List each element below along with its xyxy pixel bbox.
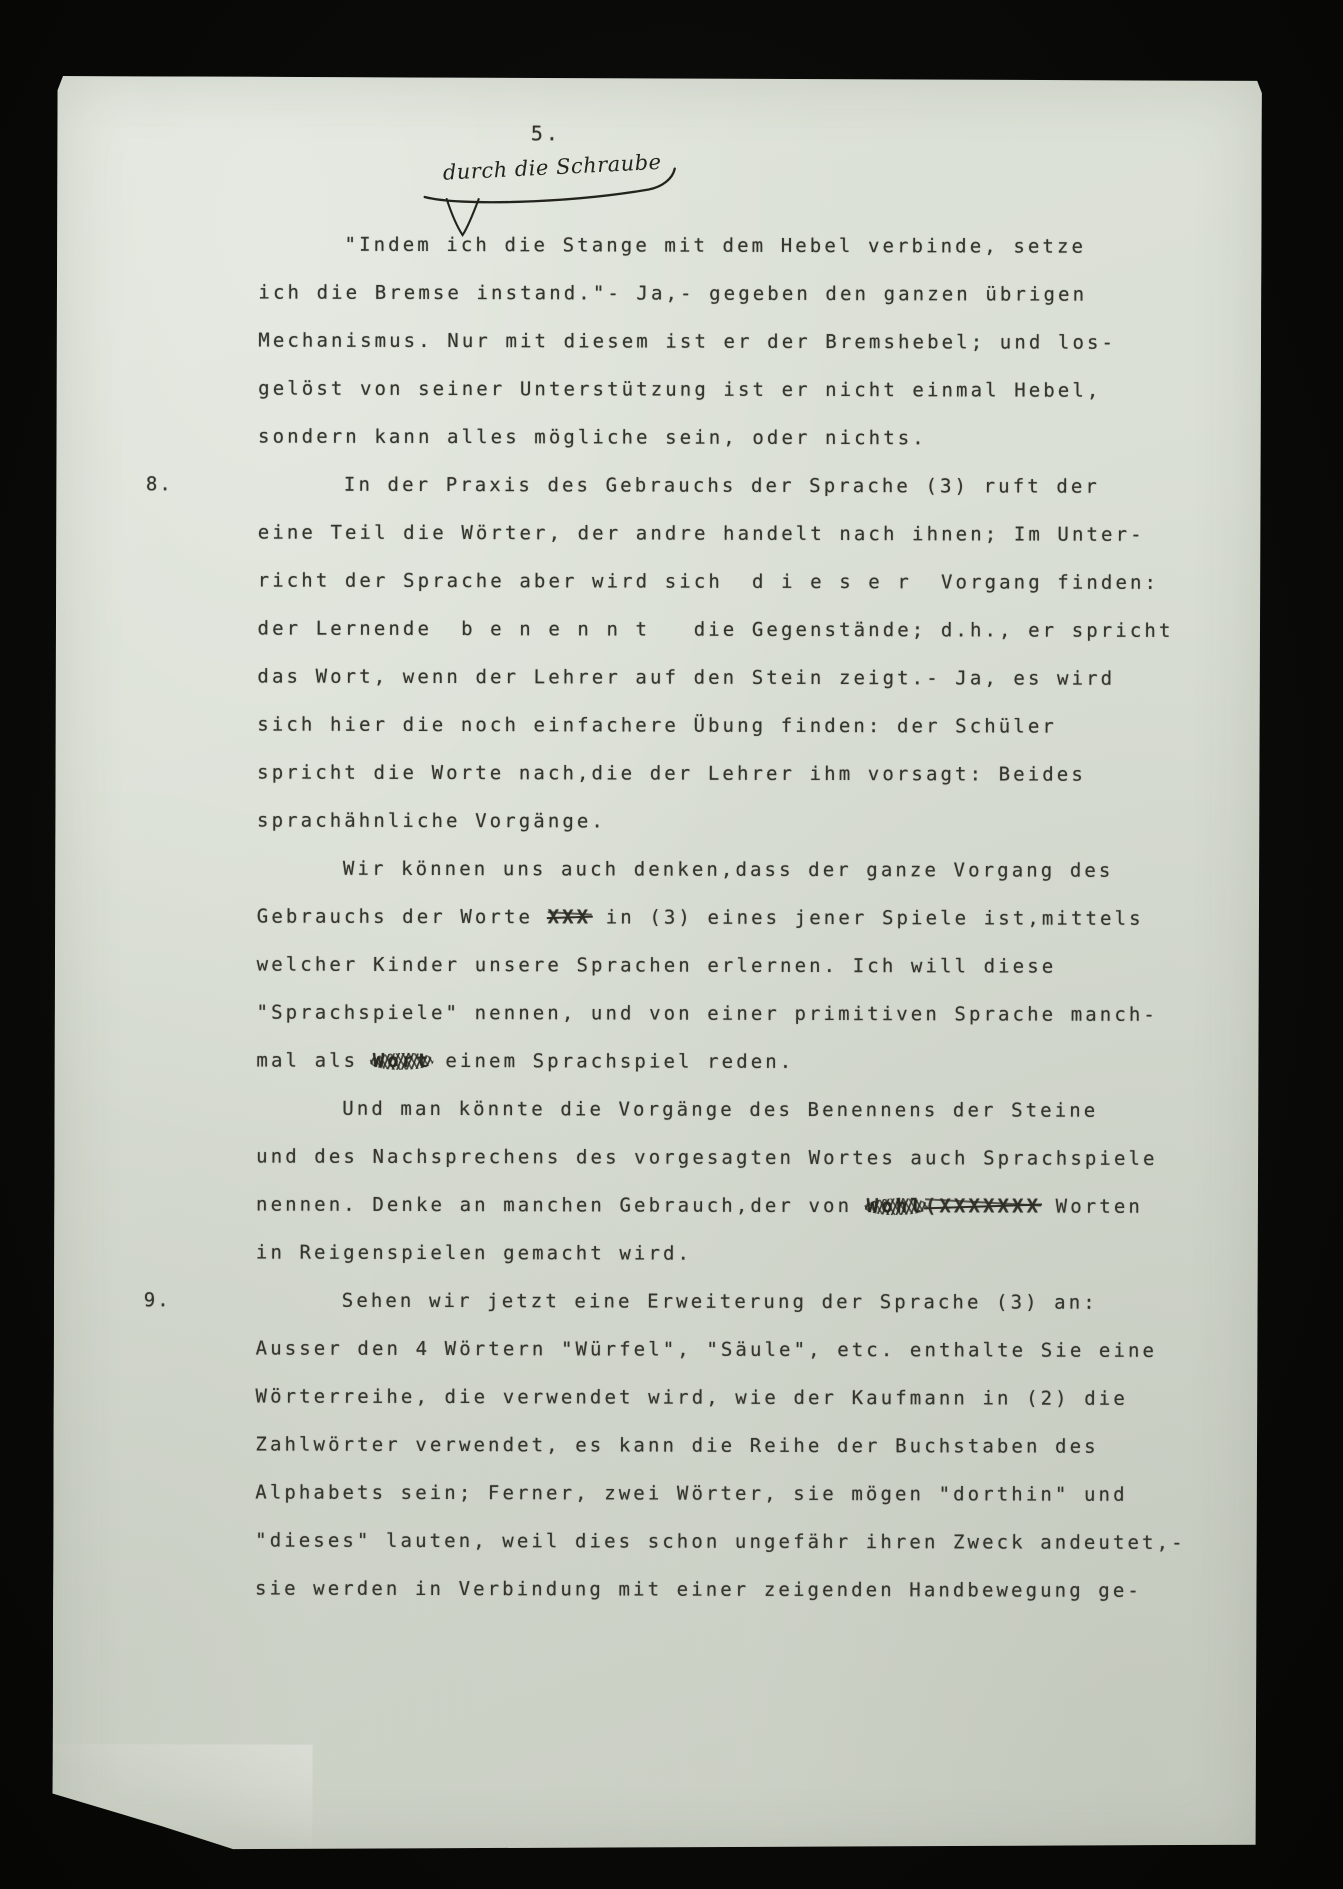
text-line: Alphabets sein; Ferner, zwei Wörter, sie… [255,1471,1255,1522]
paragraph-number: 8. [146,462,173,506]
text-line: Wir können uns auch denken,dass der ganz… [257,847,1257,898]
line-text: spricht die Worte nach,die der Lehrer ih… [257,762,1086,786]
text-line: "dieses" lauten, weil dies schon ungefäh… [255,1519,1255,1570]
line-text: in (3) eines jener Spiele ist,mittels [591,906,1144,929]
text-line: "Indem ich die Stange mit dem Hebel verb… [258,223,1258,274]
line-text: Alphabets sein; Ferner, zwei Wörter, sie… [255,1482,1127,1506]
line-text: Sehen wir jetzt eine Erweiterung der Spr… [342,1290,1098,1314]
line-text: sondern kann alles mögliche sein, oder n… [258,426,927,450]
text-line: sich hier die noch einfachere Übung find… [257,703,1257,754]
line-text: Wir können uns auch denken,dass der ganz… [343,858,1114,882]
text-line: Zahlwörter verwendet, es kann die Reihe … [255,1423,1255,1474]
line-text: nennen. Denke an manchen Gebrauch,der vo… [256,1194,867,1218]
line-text: Und man könnte die Vorgänge des Benennen… [342,1098,1098,1122]
text-line: nennen. Denke an manchen Gebrauch,der vo… [256,1183,1256,1234]
line-text: einem Sprachspiel reden. [431,1050,795,1073]
line-text: welcher Kinder unsere Sprachen erlernen.… [257,954,1057,978]
line-text: Zahlwörter verwendet, es kann die Reihe … [255,1434,1098,1458]
text-line: Ausser den 4 Wörtern "Würfel", "Säule", … [256,1327,1256,1378]
text-line: sie werden in Verbindung mit einer zeige… [255,1567,1255,1618]
crossed-out-text: (XXXXXXX [925,1195,1041,1217]
text-line: 9.Sehen wir jetzt eine Erweiterung der S… [256,1279,1256,1330]
line-text: Worten [1041,1196,1143,1218]
text-line: der Lernende b e n e n n t die Gegenstän… [257,607,1257,658]
line-text: gelöst von seiner Unterstützung ist er n… [258,378,1101,402]
text-line: welcher Kinder unsere Sprachen erlernen.… [257,943,1257,994]
text-line: Wörterreihe, die verwendet wird, wie der… [255,1375,1255,1426]
text-line: Gebrauchs der Worte XXX in (3) eines jen… [257,895,1257,946]
crossed-out-text: Wohl [867,1195,925,1217]
text-line: mal als Wort einem Sprachspiel reden. [256,1039,1256,1090]
text-line: Und man könnte die Vorgänge des Benennen… [256,1087,1256,1138]
line-text: richt der Sprache aber wird sich d i e s… [258,570,1159,594]
handwritten-insertion-text: durch die Schraube [442,150,662,185]
page-number: 5. [531,121,561,145]
text-line: Mechanismus. Nur mit diesem ist er der B… [258,319,1258,370]
line-text: In der Praxis des Gebrauchs der Sprache … [344,474,1100,498]
photo-background: 5. durch die Schraube "Indem ich die Sta… [0,0,1343,1889]
line-text: sprachähnliche Vorgänge. [257,810,606,833]
line-text: Mechanismus. Nur mit diesem ist er der B… [258,330,1116,354]
paragraph-number: 9. [144,1278,171,1322]
text-line: eine Teil die Wörter, der andre handelt … [258,511,1258,562]
text-line: das Wort, wenn der Lehrer auf den Stein … [257,655,1257,706]
line-text: und des Nachsprechens des vorgesagten Wo… [256,1146,1157,1170]
line-text: Wörterreihe, die verwendet wird, wie der… [256,1386,1128,1410]
underline-swoosh-stroke [425,168,675,203]
line-text: sich hier die noch einfachere Übung find… [257,714,1057,738]
text-line: sprachähnliche Vorgänge. [257,799,1257,850]
line-text: mal als [256,1050,372,1072]
line-text: eine Teil die Wörter, der andre handelt … [258,522,1145,546]
crossed-out-text: Wort [373,1050,431,1072]
line-text: sie werden in Verbindung mit einer zeige… [255,1578,1142,1602]
typewritten-text: "Indem ich die Stange mit dem Hebel verb… [255,223,1259,1618]
text-line: gelöst von seiner Unterstützung ist er n… [258,367,1258,418]
text-line: ich die Bremse instand."- Ja,- gegeben d… [258,271,1258,322]
line-text: ich die Bremse instand."- Ja,- gegeben d… [258,282,1087,306]
text-line: richt der Sprache aber wird sich d i e s… [258,559,1258,610]
crossed-out-text: XXX [548,906,592,928]
text-line: "Sprachspiele" nennen, und von einer pri… [256,991,1256,1042]
text-line: und des Nachsprechens des vorgesagten Wo… [256,1135,1256,1186]
line-text: "dieses" lauten, weil dies schon ungefäh… [255,1530,1186,1554]
text-line: sondern kann alles mögliche sein, oder n… [258,415,1258,466]
line-text: Gebrauchs der Worte [257,906,548,929]
line-text: der Lernende b e n e n n t die Gegenstän… [258,618,1174,642]
line-text: in Reigenspielen gemacht wird. [256,1242,692,1265]
text-line: 8.In der Praxis des Gebrauchs der Sprach… [258,463,1258,514]
line-text: "Sprachspiele" nennen, und von einer pri… [257,1002,1158,1026]
typescript-page: 5. durch die Schraube "Indem ich die Sta… [52,76,1262,1857]
text-line: spricht die Worte nach,die der Lehrer ih… [257,751,1257,802]
line-text: "Indem ich die Stange mit dem Hebel verb… [345,234,1087,258]
line-text: das Wort, wenn der Lehrer auf den Stein … [257,666,1115,690]
line-text: Ausser den 4 Wörtern "Würfel", "Säule", … [256,1338,1157,1362]
text-line: in Reigenspielen gemacht wird. [256,1231,1256,1282]
